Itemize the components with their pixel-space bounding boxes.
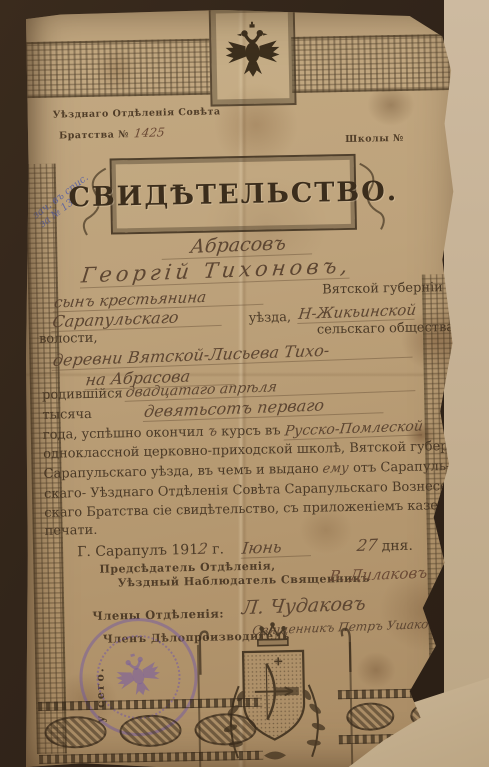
body-issued-printed1: Сарапульскаго уѣзда, въ чемъ и выдано bbox=[43, 462, 318, 482]
registry-number-line: Братства № 1425 bbox=[59, 121, 165, 142]
brotherhood-number-label: Братства № bbox=[59, 129, 129, 141]
member-signature: Л. Чудаковъ bbox=[241, 593, 367, 620]
body-course-hw-letter: ъ bbox=[207, 423, 218, 439]
body-course-printed1: года, успѣшно окончил bbox=[43, 425, 204, 443]
date-day-suffix: дня. bbox=[381, 538, 413, 555]
date-city-printed: Г. Сарапулъ 191 bbox=[77, 542, 198, 560]
certificate-title: СВИДѢТЕЛЬСТВО. bbox=[68, 176, 398, 213]
date-year-suffix: г. bbox=[212, 541, 224, 557]
body-brotherhood-printed: скаго Братства сіе свидѣтельство, съ при… bbox=[44, 498, 472, 521]
body-uyezd-printed: уѣзда, bbox=[249, 310, 292, 326]
top-border-band-right bbox=[291, 34, 450, 93]
top-border-band-left bbox=[25, 39, 210, 99]
certificate-content: Уѣзднаго Отдѣленія Совѣта Братства № 142… bbox=[19, 6, 469, 767]
school-number-label: Школы № bbox=[345, 133, 404, 145]
rope-oval-icon bbox=[346, 702, 395, 731]
rope-motifs bbox=[38, 707, 263, 755]
double-headed-eagle-icon bbox=[220, 18, 285, 93]
body-issued-line: Сарапульскаго уѣзда, въ чемъ и выдано ем… bbox=[43, 459, 450, 482]
body-issued-hw: ему bbox=[322, 461, 350, 477]
rope-oval-icon bbox=[45, 716, 108, 749]
brotherhood-number-value: 1425 bbox=[133, 125, 165, 140]
registry-office-line: Уѣзднаго Отдѣленія Совѣта bbox=[53, 106, 221, 120]
body-seal-printed: печати. bbox=[45, 523, 98, 539]
body-course-printed2: курсъ въ bbox=[221, 423, 281, 439]
chairman-signature: В. Дилаковъ bbox=[328, 564, 428, 586]
crook-ornament-right-icon bbox=[337, 626, 364, 672]
date-line: Г. Сарапулъ 1912 г. Іюнь 27 дня. bbox=[77, 535, 413, 561]
rope-oval-icon bbox=[119, 714, 182, 747]
banner-flourish-right-icon bbox=[356, 159, 387, 234]
bottom-border-band-left bbox=[38, 698, 263, 764]
title-banner: СВИДѢТЕЛЬСТВО. bbox=[110, 154, 357, 235]
date-day-hw: 27 bbox=[356, 535, 379, 555]
imperial-eagle-frame bbox=[209, 5, 297, 107]
body-gubernia-printed: Вятской губерніи bbox=[322, 280, 443, 297]
rope-oval-icon bbox=[194, 713, 257, 746]
body-volost-printed: волости, bbox=[39, 331, 98, 347]
body-school-name-hw: Русско-Помлеской bbox=[284, 418, 424, 440]
photo-of-certificate: Уѣзднаго Отдѣленія Совѣта Братства № 142… bbox=[0, 0, 489, 767]
body-issued-printed2: отъ Сарапуль- bbox=[353, 459, 451, 476]
body-society-printed: сельскаго общества bbox=[317, 320, 454, 338]
date-month-hw: Іюнь bbox=[241, 536, 314, 559]
body-born-printed: родившійся bbox=[42, 386, 123, 403]
date-year-digit-hw: 2 bbox=[197, 540, 209, 558]
body-thousand-printed: тысяча bbox=[42, 407, 92, 423]
certificate-paper: Уѣзднаго Отдѣленія Совѣта Братства № 142… bbox=[26, 10, 462, 767]
crook-ornament-left-icon bbox=[187, 629, 214, 675]
recipient-name: Георгій Тихоновъ, bbox=[80, 254, 353, 289]
background-mat-right bbox=[444, 0, 489, 767]
